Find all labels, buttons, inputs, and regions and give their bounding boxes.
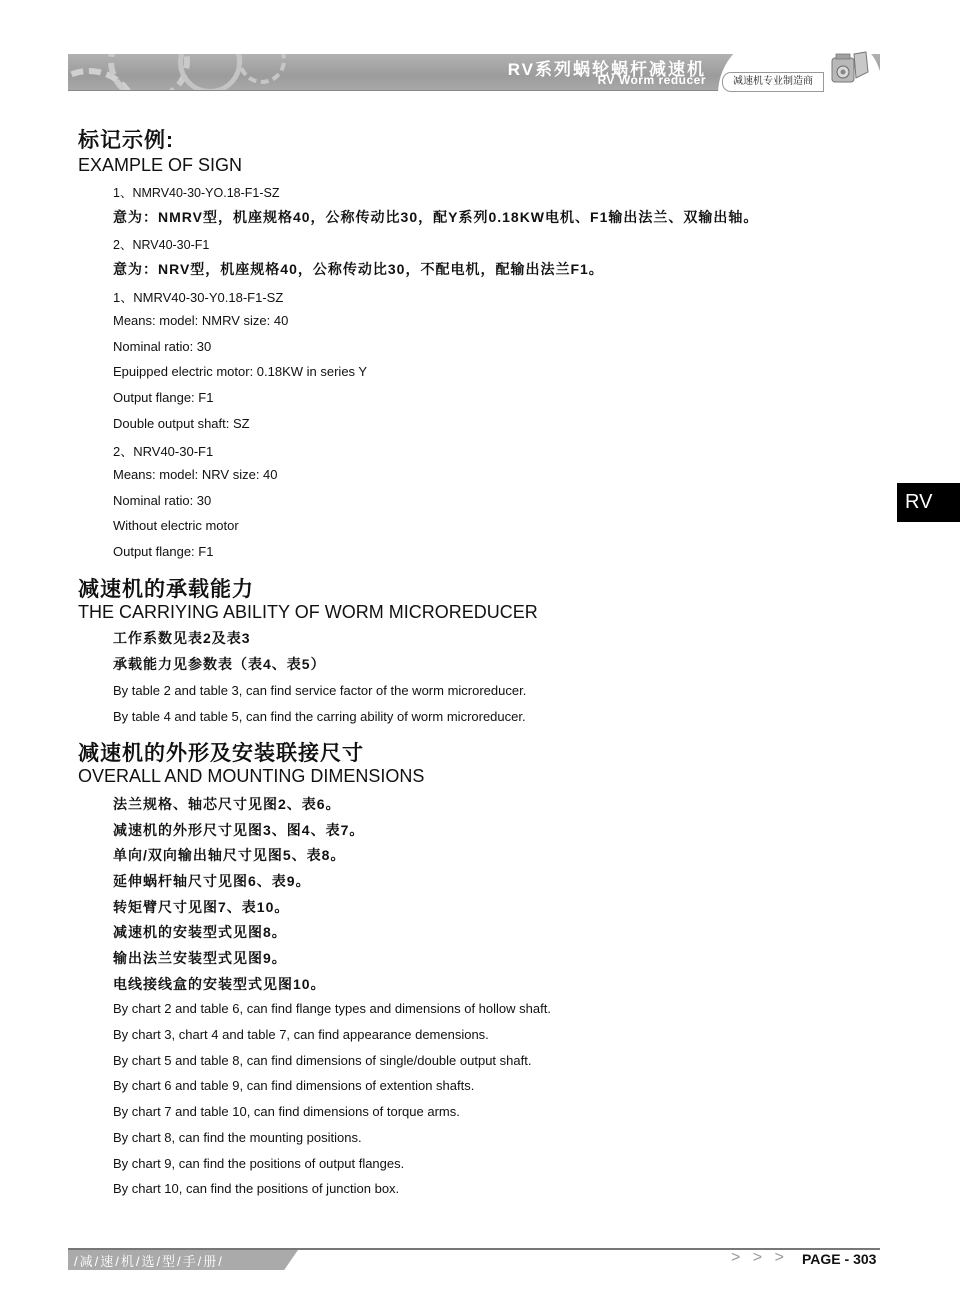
text-line: 延伸蜗杆轴尺寸见图6、表9。	[113, 871, 311, 891]
text-line: 输出法兰安装型式见图9。	[113, 948, 287, 968]
section-title-en: OVERALL AND MOUNTING DIMENSIONS	[78, 766, 424, 787]
worm-reducer-product-icon	[828, 48, 870, 88]
section-title-en: EXAMPLE OF SIGN	[78, 155, 242, 176]
text-line: By chart 7 and table 10, can find dimens…	[113, 1104, 460, 1119]
text-line: Means: model: NMRV size: 40	[113, 313, 288, 328]
text-line: By chart 5 and table 8, can find dimensi…	[113, 1053, 531, 1068]
section-title-cn: 标记示例:	[78, 124, 174, 154]
text-line: 1、NMRV40-30-Y0.18-F1-SZ	[113, 287, 283, 306]
text-line: By chart 6 and table 9, can find dimensi…	[113, 1078, 474, 1093]
text-line: By table 2 and table 3, can find service…	[113, 683, 526, 698]
gear-decoration-icon	[178, 54, 242, 91]
text-line: Without electric motor	[113, 518, 239, 533]
text-line: Nominal ratio: 30	[113, 493, 211, 508]
section-title-cn: 减速机的承载能力	[78, 573, 254, 603]
text-line: 减速机的外形尺寸见图3、图4、表7。	[113, 820, 364, 840]
header-tagline: 减速机专业制造商	[722, 72, 824, 92]
text-line: Nominal ratio: 30	[113, 339, 211, 354]
text-line: By chart 2 and table 6, can find flange …	[113, 1001, 551, 1016]
text-line: Double output shaft: SZ	[113, 416, 250, 431]
side-tab-rv: RV	[897, 483, 960, 522]
section-title-cn: 减速机的外形及安装联接尺寸	[78, 737, 364, 767]
text-line: 工作系数见表2及表3	[113, 628, 251, 648]
text-line: 2、NRV40-30-F1	[113, 441, 213, 460]
text-line: By chart 3, chart 4 and table 7, can fin…	[113, 1027, 489, 1042]
text-line: By chart 9, can find the positions of ou…	[113, 1156, 404, 1171]
gear-decoration-icon	[238, 54, 286, 84]
text-line: 法兰规格、轴芯尺寸见图2、表6。	[113, 794, 341, 814]
text-line: Means: model: NRV size: 40	[113, 467, 278, 482]
text-line: By table 4 and table 5, can find the car…	[113, 709, 526, 724]
text-line: Output flange: F1	[113, 544, 213, 559]
text-line: By chart 10, can find the positions of j…	[113, 1181, 399, 1196]
text-line: 减速机的安装型式见图8。	[113, 922, 287, 942]
text-line: Epuipped electric motor: 0.18KW in serie…	[113, 364, 367, 379]
header-title-en: RV Worm reducer	[598, 73, 706, 87]
text-line: 意为：NMRV型，机座规格40，公称传动比30，配Y系列0.18KW电机、F1输…	[113, 207, 758, 227]
page-number: PAGE - 303	[802, 1251, 876, 1267]
text-line: 1、NMRV40-30-YO.18-F1-SZ	[113, 183, 280, 201]
text-line: 2、NRV40-30-F1	[113, 235, 209, 253]
text-line: Output flange: F1	[113, 390, 213, 405]
footer-arrows-icon: > > >	[731, 1249, 788, 1267]
text-line: 电线接线盒的安装型式见图10。	[113, 974, 326, 994]
text-line: 承载能力见参数表（表4、表5）	[113, 654, 326, 674]
text-line: 单向/双向输出轴尺寸见图5、表8。	[113, 845, 345, 865]
section-title-en: THE CARRIYING ABILITY OF WORM MICROREDUC…	[78, 602, 538, 623]
text-line: 意为：NRV型，机座规格40，公称传动比30，不配电机，配输出法兰F1。	[113, 259, 604, 279]
text-line: 转矩臂尺寸见图7、表10。	[113, 897, 289, 917]
text-line: By chart 8, can find the mounting positi…	[113, 1130, 362, 1145]
footer-label: /减/速/机/选/型/手/册/	[74, 1251, 224, 1270]
